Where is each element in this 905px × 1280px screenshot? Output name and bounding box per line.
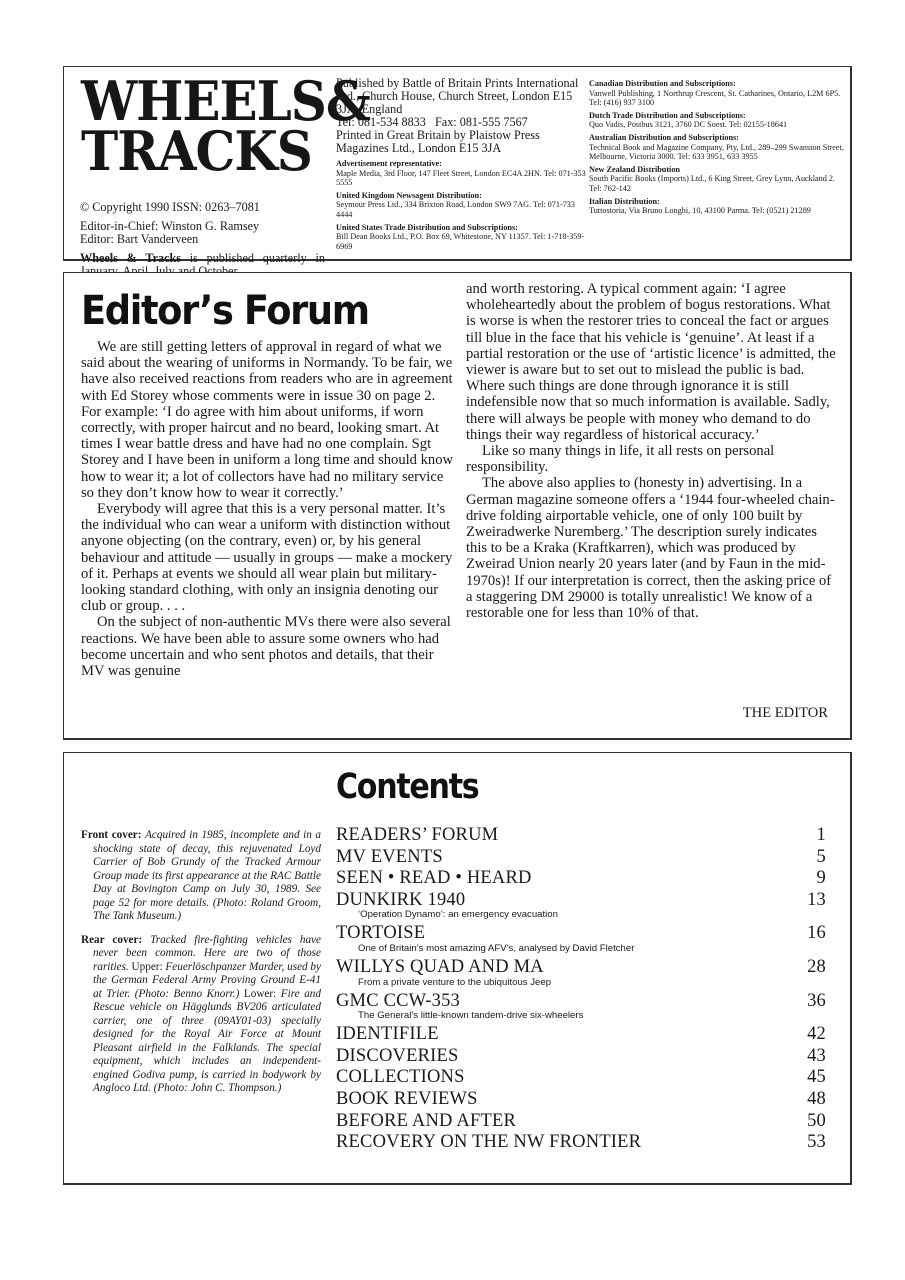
distribution-details: Vanwell Publishing, 1 Northrup Crescent,… <box>589 89 840 108</box>
toc-entry-row: READERS’ FORUM1 <box>336 825 826 847</box>
distribution-heading: New Zealand Distribution <box>589 165 680 174</box>
distribution-details: Seymour Press Ltd., 334 Brixton Road, Lo… <box>336 200 575 219</box>
toc-entry-row: DUNKIRK 194013 <box>336 890 826 912</box>
toc-entry[interactable]: MV EVENTS5 <box>336 847 826 869</box>
printer-info: Printed in Great Britain by Plaistow Pre… <box>336 128 540 155</box>
distribution-details: Technical Book and Magazine Company, Pty… <box>589 143 844 162</box>
logo-line-2: TRACKS <box>81 127 326 177</box>
toc-entry-title: RECOVERY ON THE NW FRONTIER <box>336 1132 641 1154</box>
rear-cover-label: Rear cover: <box>81 934 142 946</box>
toc-entry-title: GMC CCW-353 <box>336 991 460 1013</box>
toc-entry-title: IDENTIFILE <box>336 1024 439 1046</box>
toc-entry-page: 28 <box>807 957 826 979</box>
masthead-box: WHEELS& TRACKS © Copyright 1990 ISSN: 02… <box>63 66 852 261</box>
toc-entry[interactable]: SEEN • READ • HEARD9 <box>336 868 826 890</box>
rear-cover-text: Fire and Rescue vehicle on Hägglunds BV2… <box>93 988 321 1095</box>
toc-entry-row: SEEN • READ • HEARD9 <box>336 868 826 890</box>
toc-entry[interactable]: WILLYS QUAD AND MA28From a private ventu… <box>336 957 826 988</box>
publisher-address: Published by Battle of Britain Prints In… <box>336 76 578 116</box>
toc-entry-row: GMC CCW-35336 <box>336 991 826 1013</box>
forum-paragraph: and worth restoring. A typical comment a… <box>466 281 838 443</box>
toc-entry-page: 5 <box>817 847 826 869</box>
distribution-heading: United Kingdom Newsagent Distribution: <box>336 191 482 200</box>
distribution-details: Maple Media, 3rd Floor, 147 Fleet Street… <box>336 169 586 188</box>
distribution-heading: Australian Distribution and Subscription… <box>589 133 739 142</box>
toc-entry-title: DISCOVERIES <box>336 1046 458 1068</box>
toc-entry-row: MV EVENTS5 <box>336 847 826 869</box>
editor-signature: THE EDITOR <box>743 705 828 722</box>
toc-entry-title: TORTOISE <box>336 923 425 945</box>
distribution-entry: United States Trade Distribution and Sub… <box>336 223 586 252</box>
distribution-entry: Advertisement representative:Maple Media… <box>336 159 586 188</box>
toc-entry[interactable]: TORTOISE16One of Britain’s most amazing … <box>336 923 826 954</box>
toc-entry[interactable]: BOOK REVIEWS48 <box>336 1089 826 1111</box>
toc-entry[interactable]: READERS’ FORUM1 <box>336 825 826 847</box>
distribution-heading: Italian Distribution: <box>589 197 660 206</box>
masthead-publisher-info: Published by Battle of Britain Prints In… <box>336 77 586 254</box>
toc-entry-subtitle: The General’s little-known tandem-drive … <box>336 1010 826 1021</box>
editor-credits: Editor-in-Chief: Winston G. Ramsey Edito… <box>80 220 325 246</box>
rear-cover-caption: Rear cover: Tracked fire-fighting vehicl… <box>81 934 321 1096</box>
toc-entry-page: 1 <box>817 825 826 847</box>
publisher-block: Published by Battle of Britain Prints In… <box>336 77 586 155</box>
toc-entry-title: BOOK REVIEWS <box>336 1089 478 1111</box>
forum-paragraph: Like so many things in life, it all rest… <box>466 443 838 475</box>
distribution-heading: Dutch Trade Distribution and Subscriptio… <box>589 111 746 120</box>
toc-entry-page: 9 <box>817 868 826 890</box>
toc-entry-title: MV EVENTS <box>336 847 443 869</box>
toc-entry-title: COLLECTIONS <box>336 1067 465 1089</box>
distribution-entry: Canadian Distribution and Subscriptions:… <box>589 79 847 108</box>
forum-paragraph: We are still getting letters of approval… <box>81 339 459 501</box>
distribution-heading: Advertisement representative: <box>336 159 442 168</box>
toc-entry-row: COLLECTIONS45 <box>336 1067 826 1089</box>
publication-name: Wheels & Tracks <box>80 251 181 265</box>
toc-entry-subtitle: From a private venture to the ubiquitous… <box>336 977 826 988</box>
distribution-details: Bill Dean Books Ltd., P.O. Box 69, White… <box>336 232 584 251</box>
forum-paragraph: The above also applies to (honesty in) a… <box>466 475 838 621</box>
toc-entry[interactable]: GMC CCW-35336The General’s little-known … <box>336 991 826 1022</box>
toc-entry[interactable]: DISCOVERIES43 <box>336 1046 826 1068</box>
contents-title: Contents <box>336 765 478 809</box>
front-cover-caption: Front cover: Acquired in 1985, incomplet… <box>81 829 321 924</box>
toc-entry-subtitle: ‘Operation Dynamo’: an emergency evacuat… <box>336 909 826 920</box>
toc-entry-page: 43 <box>807 1046 826 1068</box>
toc-entry-subtitle: One of Britain’s most amazing AFV’s, ana… <box>336 943 826 954</box>
forum-paragraph: Everybody will agree that this is a very… <box>81 501 459 614</box>
distribution-details: Quo Vadis, Postbus 3121, 3760 DC Soest. … <box>589 120 787 129</box>
copyright-line: © Copyright 1990 ISSN: 0263–7081 <box>80 201 325 214</box>
editor: Editor: Bart Vanderveen <box>80 232 198 246</box>
toc-entry-row: WILLYS QUAD AND MA28 <box>336 957 826 979</box>
toc-entry-page: 36 <box>807 991 826 1013</box>
toc-entry-page: 45 <box>807 1067 826 1089</box>
toc-entry-page: 16 <box>807 923 826 945</box>
toc-entry-row: TORTOISE16 <box>336 923 826 945</box>
editor-in-chief: Editor-in-Chief: Winston G. Ramsey <box>80 219 259 233</box>
cover-captions: Front cover: Acquired in 1985, incomplet… <box>81 829 321 1106</box>
rear-cover-text: Lower: <box>239 988 280 1000</box>
toc-entry-row: BEFORE AND AFTER50 <box>336 1111 826 1133</box>
distribution-details: South Pacific Books (Imports) Ltd., 6 Ki… <box>589 174 835 193</box>
distribution-details: Tuttostoria, Via Bruno Longhi, 10, 43100… <box>589 206 811 215</box>
toc-entry[interactable]: RECOVERY ON THE NW FRONTIER53 <box>336 1132 826 1154</box>
distribution-entry: New Zealand DistributionSouth Pacific Bo… <box>589 165 847 194</box>
toc-entry-page: 48 <box>807 1089 826 1111</box>
toc-entry-row: IDENTIFILE42 <box>336 1024 826 1046</box>
front-cover-label: Front cover: <box>81 829 142 841</box>
toc-entry-page: 53 <box>807 1132 826 1154</box>
forum-title: Editor’s Forum <box>81 287 369 335</box>
distribution-list-mid: Advertisement representative:Maple Media… <box>336 159 586 251</box>
toc-entry-title: DUNKIRK 1940 <box>336 890 465 912</box>
toc-entry-row: DISCOVERIES43 <box>336 1046 826 1068</box>
contents-box: Contents Front cover: Acquired in 1985, … <box>63 752 852 1185</box>
toc-entry-title: SEEN • READ • HEARD <box>336 868 532 890</box>
distribution-list-right: Canadian Distribution and Subscriptions:… <box>589 79 847 219</box>
distribution-entry: Dutch Trade Distribution and Subscriptio… <box>589 111 847 130</box>
distribution-entry: United Kingdom Newsagent Distribution:Se… <box>336 191 586 220</box>
toc-entry-title: BEFORE AND AFTER <box>336 1111 516 1133</box>
distribution-heading: United States Trade Distribution and Sub… <box>336 223 518 232</box>
toc-entry-title: WILLYS QUAD AND MA <box>336 957 544 979</box>
toc-entry[interactable]: COLLECTIONS45 <box>336 1067 826 1089</box>
toc-entry[interactable]: DUNKIRK 194013‘Operation Dynamo’: an eme… <box>336 890 826 921</box>
toc-entry-row: BOOK REVIEWS48 <box>336 1089 826 1111</box>
toc-entry-title: READERS’ FORUM <box>336 825 498 847</box>
magazine-logo: WHEELS& TRACKS <box>81 77 326 176</box>
toc-entry[interactable]: BEFORE AND AFTER50 <box>336 1111 826 1133</box>
distribution-entry: Italian Distribution:Tuttostoria, Via Br… <box>589 197 847 216</box>
table-of-contents: READERS’ FORUM1MV EVENTS5SEEN • READ • H… <box>336 825 826 1154</box>
forum-column-left: We are still getting letters of approval… <box>81 339 459 679</box>
toc-entry-page: 50 <box>807 1111 826 1133</box>
forum-paragraph: On the subject of non-authentic MVs ther… <box>81 614 459 679</box>
forum-column-right: and worth restoring. A typical comment a… <box>466 281 838 621</box>
toc-entry[interactable]: IDENTIFILE42 <box>336 1024 826 1046</box>
distribution-heading: Canadian Distribution and Subscriptions: <box>589 79 736 88</box>
distribution-entry: Australian Distribution and Subscription… <box>589 133 847 162</box>
toc-entry-page: 13 <box>807 890 826 912</box>
front-cover-text: Acquired in 1985, incomplete and in a sh… <box>93 829 321 922</box>
rear-cover-text: Upper: <box>129 961 166 973</box>
toc-entry-row: RECOVERY ON THE NW FRONTIER53 <box>336 1132 826 1154</box>
toc-entry-page: 42 <box>807 1024 826 1046</box>
publisher-tel-fax: Tel: 081-534 8833 Fax: 081-555 7567 <box>336 115 528 129</box>
editors-forum-box: Editor’s Forum We are still getting lett… <box>63 272 852 740</box>
